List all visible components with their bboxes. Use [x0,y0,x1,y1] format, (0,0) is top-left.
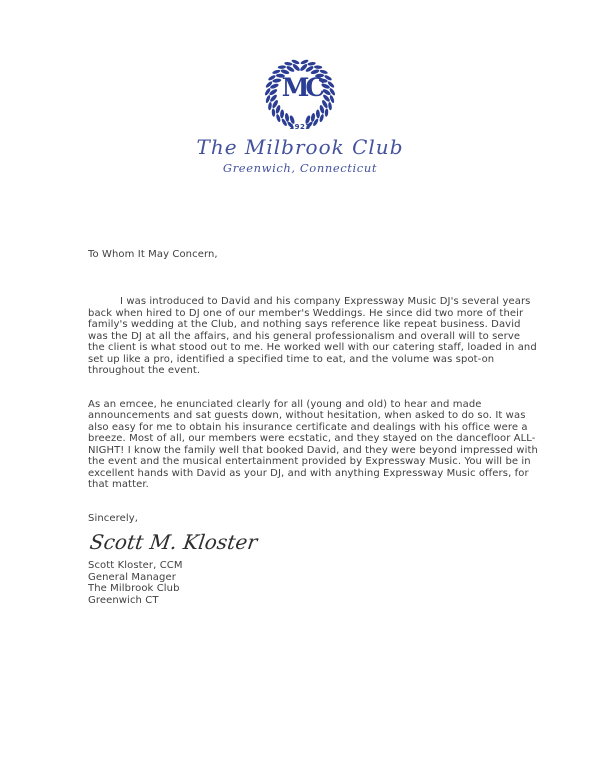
letter-body: To Whom It May Concern, I was introduced… [88,249,540,607]
salutation: To Whom It May Concern, [88,249,540,261]
signer-name-title: Scott Kloster, CCM [88,560,540,572]
signature-script: Scott M. Kloster [88,531,258,553]
club-location: Greenwich, Connecticut [0,162,600,176]
monogram-text: MC [260,75,340,100]
letterhead: MC 1923 The Milbrook Club Greenwich, Con… [0,54,600,176]
paragraph-2: As an emcee, he enunciated clearly for a… [88,399,540,491]
club-name: The Milbrook Club [0,136,600,159]
signer-location: Greenwich CT [88,595,540,607]
club-logo: MC 1923 [260,54,340,134]
signer-role: General Manager [88,572,540,584]
paragraph-1: I was introduced to David and his compan… [88,296,540,377]
signature-block: Scott Kloster, CCM General Manager The M… [88,560,540,606]
founding-year: 1923 [260,124,340,131]
signer-organization: The Milbrook Club [88,583,540,595]
closing: Sincerely, [88,513,540,525]
letter-page: MC 1923 The Milbrook Club Greenwich, Con… [0,0,600,776]
